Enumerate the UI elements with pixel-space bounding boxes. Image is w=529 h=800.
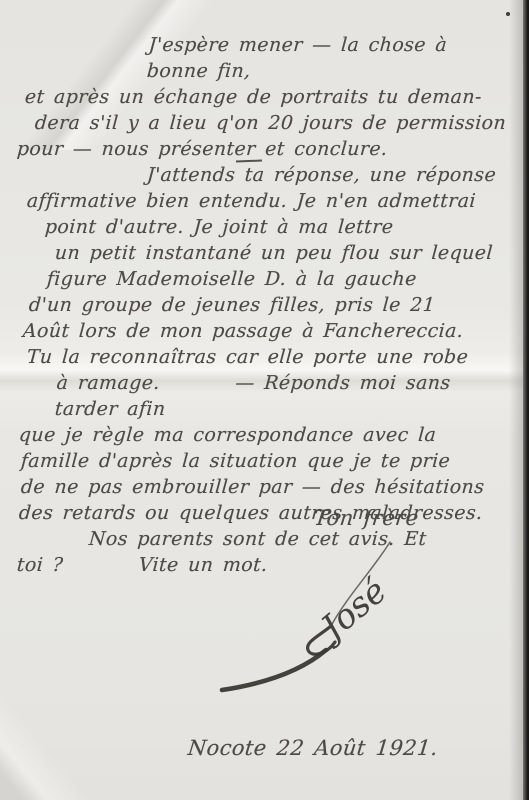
letter-dateline: Nocote 22 Août 1921. xyxy=(187,736,439,760)
letter-body: J'espère mener — la chose à bonne fin, e… xyxy=(0,32,515,578)
letter-line: affirmative bien entendu. Je n'en admett… xyxy=(0,188,517,214)
letter-line: un petit instantané un peu flou sur lequ… xyxy=(0,240,517,266)
letter-line: d'un groupe de jeunes filles, pris le 21 xyxy=(0,292,517,318)
letter-line: figure Mademoiselle D. à la gauche xyxy=(0,266,517,292)
letter-line: famille d'après la situation que je te p… xyxy=(0,448,517,474)
signature: José xyxy=(178,536,438,711)
paper-crease-bottom-left xyxy=(0,630,160,800)
ink-speck xyxy=(506,12,510,16)
letter-line: que je règle ma correspondance avec la xyxy=(0,422,517,448)
letter-line: dera s'il y a lieu q'on 20 jours de perm… xyxy=(0,110,517,136)
letter-closing: Ton frère xyxy=(313,506,420,530)
page-edge xyxy=(523,0,529,800)
signature-name: José xyxy=(309,571,394,652)
letter-line: des retards ou quelques autres maladress… xyxy=(0,500,517,526)
letter-line: et après un échange de portraits tu dema… xyxy=(0,84,517,110)
letter-line: Tu la reconnaîtras car elle porte une ro… xyxy=(0,344,517,370)
letter-line: à ramage. — Réponds moi sans tarder afin xyxy=(0,370,519,422)
letter-page: J'espère mener — la chose à bonne fin, e… xyxy=(0,0,529,800)
letter-line: J'espère mener — la chose à bonne fin, xyxy=(0,32,519,84)
signature-flourish xyxy=(222,650,326,690)
letter-line: pour — nous présenter et conclure. xyxy=(0,136,517,162)
letter-line: Août lors de mon passage à Fanchereccia. xyxy=(0,318,517,344)
letter-line: de ne pas embrouiller par — des hésitati… xyxy=(0,474,517,500)
letter-line: point d'autre. Je joint à ma lettre xyxy=(0,214,517,240)
letter-line: J'attends ta réponse, une réponse xyxy=(0,162,517,188)
